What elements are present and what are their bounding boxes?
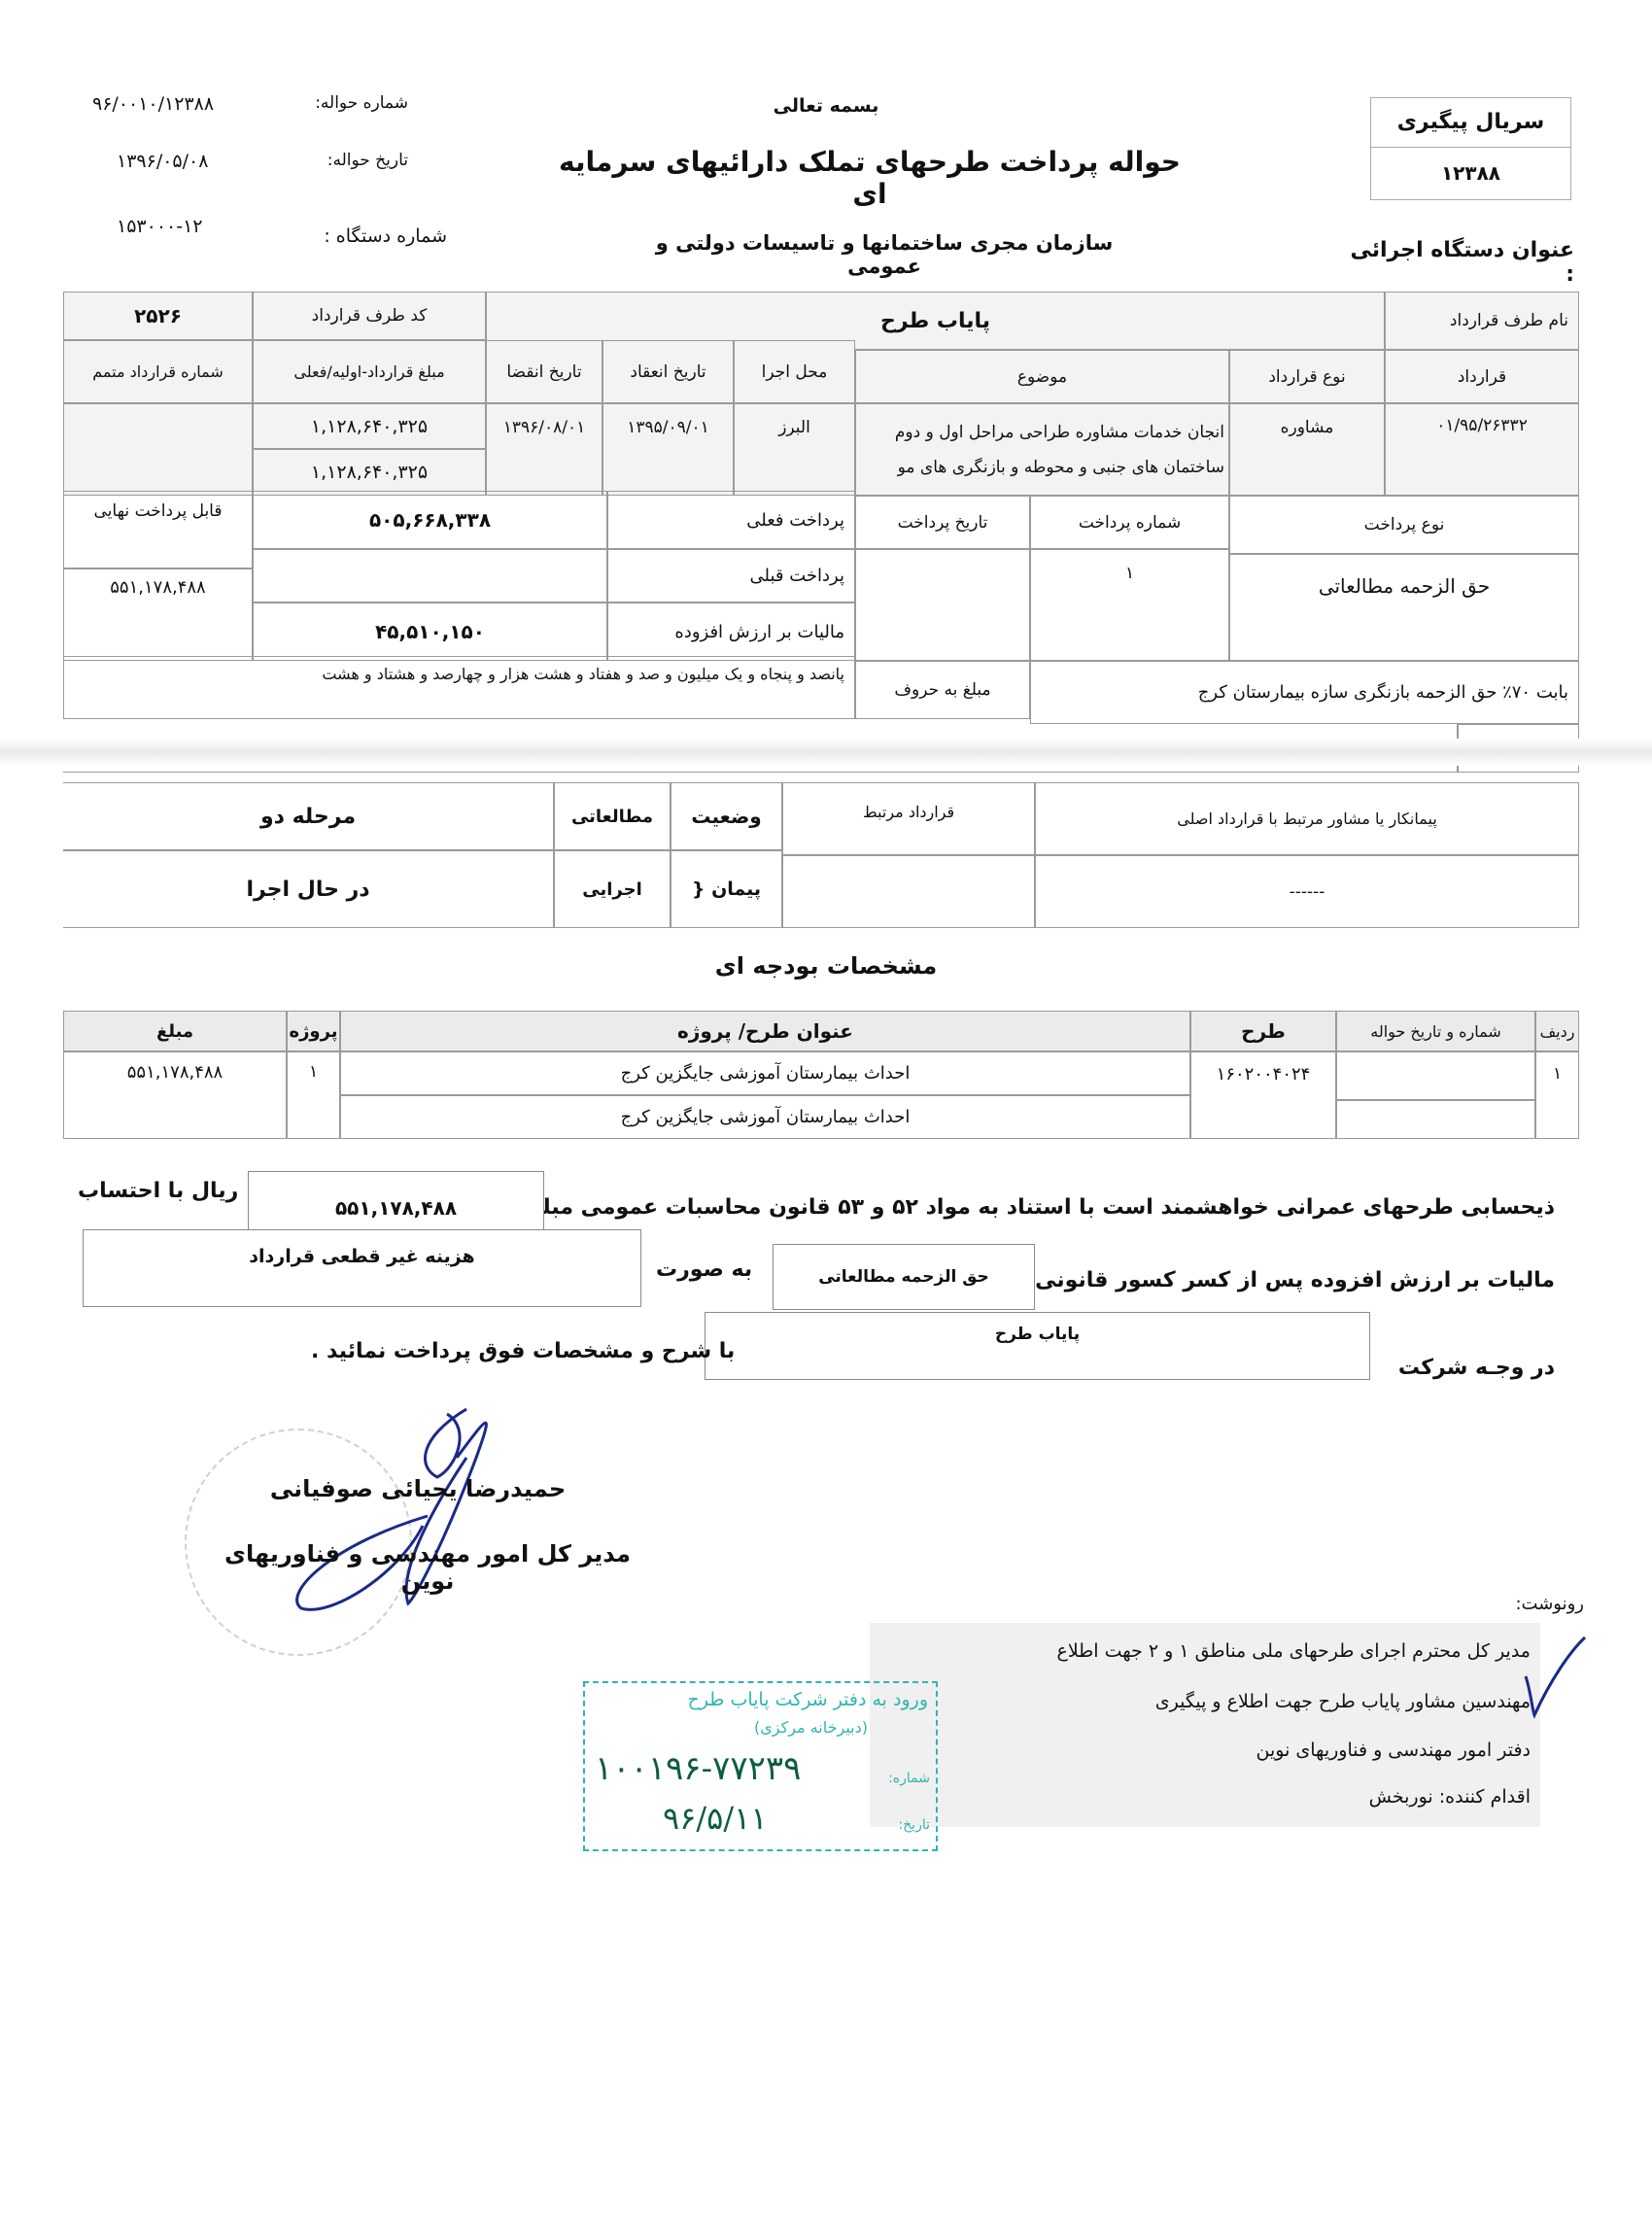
order-date-value: ۱۳۹۶/۰۵/۰۸	[117, 151, 262, 172]
signatory-name: حمیدرضا یحیائی صوفیانی	[262, 1475, 573, 1502]
budget-row-1-plan: ۱۶۰۲۰۰۴۰۲۴	[1190, 1051, 1336, 1139]
previous-payment-value	[253, 549, 607, 603]
budget-row-2-title: احداث بیمارستان آموزشی جایگزین کرج	[340, 1095, 1190, 1139]
tracking-serial-label: سریال پیگیری	[1371, 98, 1570, 148]
status-label: وضعیت	[671, 782, 782, 850]
tracking-serial-box: سریال پیگیری ۱۲۳۸۸	[1370, 97, 1571, 200]
incoming-stamp: ورود به دفتر شرکت پایاب طرح (دبیرخانه مر…	[583, 1681, 938, 1851]
order-date-label: تاریخ حواله:	[292, 151, 408, 170]
agency-number-label: شماره دستگاه :	[292, 225, 447, 247]
final-payable-value: ۵۵۱,۱۷۸,۴۸۸	[63, 568, 253, 661]
col-type: نوع قرارداد	[1229, 350, 1385, 403]
contract-type: مشاوره	[1229, 403, 1385, 496]
subject-line-1: انجان خدمات مشاوره طراحی مراحل اول و دوم	[895, 415, 1224, 450]
payment-date-value	[855, 549, 1030, 661]
col-subject: موضوع	[855, 350, 1229, 403]
cc-list: مدیر کل محترم اجرای طرحهای ملی مناطق ۱ و…	[870, 1623, 1540, 1827]
col-end-date: تاریخ انقضا	[486, 340, 602, 403]
signatory-role: مدیر کل امور مهندسی و فناوریهای نوین	[194, 1540, 661, 1595]
request-cost-box: هزینه غیر قطعی قرارداد	[83, 1229, 641, 1307]
budget-row-2-order	[1336, 1100, 1535, 1139]
request-line-2: مالیات بر ارزش افزوده پس از کسر کسور قان…	[981, 1268, 1555, 1292]
cc-item-1: مدیر کل محترم اجرای طرحهای ملی مناطق ۱ و…	[1057, 1640, 1532, 1662]
exec-label: اجرایی	[554, 850, 671, 928]
amount-words-value: پانصد و پنجاه و یک میلیون و صد و هفتاد و…	[63, 656, 855, 719]
stamp-number-value: ۱۰۰۱۹۶-۷۷۲۳۹	[595, 1749, 801, 1788]
budget-col-amount: مبلغ	[63, 1011, 287, 1051]
cc-item-3: دفتر امور مهندسی و فناوریهای نوین	[1256, 1740, 1532, 1761]
supplement-no	[63, 403, 253, 496]
budget-row-1-index: ۱	[1535, 1051, 1579, 1139]
request-line-3: در وجـه شرکت	[1398, 1356, 1555, 1380]
stamp-number-label: شماره:	[888, 1771, 930, 1786]
col-contract: قرارداد	[1385, 350, 1579, 403]
stage-value: مرحله دو	[63, 782, 554, 850]
final-payable-label: قابل پرداخت نهایی	[63, 491, 253, 568]
payment-type-label: نوع پرداخت	[1229, 496, 1579, 554]
budget-col-title: عنوان طرح/ پروژه	[340, 1011, 1190, 1051]
study-label: مطالعاتی	[554, 782, 671, 850]
contract-no: ۰۱/۹۵/۲۶۳۳۲	[1385, 403, 1579, 496]
payment-type-value: حق الزحمه مطالعاتی	[1229, 554, 1579, 661]
stamp-date-label: تاریخ:	[898, 1817, 930, 1833]
progress-value: در حال اجرا	[63, 850, 554, 928]
request-line-2-as: به صورت	[656, 1257, 752, 1282]
request-company-box: پایاب طرح	[705, 1312, 1370, 1380]
col-start-date: تاریخ انعقاد	[602, 340, 734, 403]
amount-words-label: مبلغ به حروف	[855, 661, 1030, 719]
request-line-1: ذیحسابی طرحهای عمرانی خواهشمند است با اس…	[528, 1195, 1555, 1220]
budget-col-project: پروژه	[287, 1011, 340, 1051]
cc-item-2: مهندسین مشاور پایاب طرح جهت اطلاع و پیگی…	[1155, 1691, 1531, 1712]
related-party-label: پیمانکار یا مشاور مرتبط با قرارداد اصلی	[1035, 782, 1579, 855]
current-payment-label: پرداخت فعلی	[607, 491, 855, 549]
subject-line-2: ساختمان های جنبی و محوطه و بازنگری های م…	[898, 450, 1224, 485]
stamp-line-2: (دبیرخانه مرکزی)	[754, 1718, 868, 1737]
contract-start-date: ۱۳۹۵/۰۹/۰۱	[602, 403, 734, 496]
related-party-value: ------	[1035, 855, 1579, 928]
stamp-line-1: ورود به دفتر شرکت پایاب طرح	[688, 1689, 928, 1710]
checkmark-icon	[1521, 1633, 1589, 1720]
payment-number-value: ۱	[1030, 549, 1229, 661]
contract-location: البرز	[734, 403, 855, 496]
budget-title: مشخصات بودجه ای	[632, 952, 1020, 980]
party-code-value: ۲۵۲۶	[63, 292, 253, 340]
paper-fold	[0, 739, 1652, 766]
budget-col-row: ردیف	[1535, 1011, 1579, 1051]
budget-col-order: شماره و تاریخ حواله	[1336, 1011, 1535, 1051]
contract-word: پیمان {	[671, 850, 782, 928]
cc-item-4: اقدام کننده: نوربخش	[1369, 1786, 1531, 1808]
contract-amount-initial: ۱,۱۲۸,۶۴۰,۳۲۵	[253, 403, 486, 449]
party-code-label: کد طرف قرارداد	[253, 292, 486, 340]
executive-agency-value: سازمان مجری ساختمانها و تاسیسات دولتی و …	[632, 231, 1137, 278]
contract-amount-current: ۱,۱۲۸,۶۴۰,۳۲۵	[253, 449, 486, 496]
related-contract-value	[782, 855, 1035, 928]
budget-row-1-title: احداث بیمارستان آموزشی جایگزین کرج	[340, 1051, 1190, 1095]
vat-label: مالیات بر ارزش افزوده	[607, 603, 855, 661]
agency-number-value: ۱۵۳۰۰۰-۱۲	[117, 216, 262, 237]
related-contract-label: قرارداد مرتبط	[782, 782, 1035, 855]
col-amount: مبلغ قرارداد-اولیه/فعلی	[253, 340, 486, 403]
current-payment-value: ۵۰۵,۶۶۸,۳۳۸	[253, 491, 607, 549]
stamp-date-value: ۹۶/۵/۱۱	[663, 1800, 768, 1837]
budget-row-1-project: ۱	[287, 1051, 340, 1139]
vat-value: ۴۵,۵۱۰,۱۵۰	[253, 603, 607, 661]
col-supplement: شماره قرارداد متمم	[63, 340, 253, 403]
executive-agency-label: عنوان دستگاه اجرائی :	[1341, 238, 1574, 287]
col-location: محل اجرا	[734, 340, 855, 403]
request-reason-box: حق الزحمه مطالعاتی	[773, 1244, 1035, 1310]
cc-label: رونوشت:	[1515, 1594, 1584, 1614]
payment-number-label: شماره پرداخت	[1030, 496, 1229, 549]
payment-description: بابت ۷۰٪ حق الزحمه بازنگری سازه بیمارستا…	[1030, 661, 1579, 724]
contract-end-date: ۱۳۹۶/۰۸/۰۱	[486, 403, 602, 496]
request-line-3-suffix: با شرح و مشخصات فوق پرداخت نمائید .	[311, 1339, 735, 1363]
budget-row-1-amount: ۵۵۱,۱۷۸,۴۸۸	[63, 1051, 287, 1139]
contract-subject: انجان خدمات مشاوره طراحی مراحل اول و دوم…	[855, 403, 1229, 496]
budget-col-plan: طرح	[1190, 1011, 1336, 1051]
page-title: حواله پرداخت طرحهای تملک دارائیهای سرمای…	[554, 146, 1186, 210]
previous-payment-label: پرداخت قبلی	[607, 549, 855, 603]
invocation: بسمه تعالی	[768, 95, 884, 117]
request-line-1-suffix: ریال با احتساب	[78, 1179, 238, 1203]
payment-date-label: تاریخ پرداخت	[855, 496, 1030, 549]
party-name-label: نام طرف قرارداد	[1385, 292, 1579, 350]
tracking-serial-value: ۱۲۳۸۸	[1371, 148, 1570, 198]
budget-row-1-order	[1336, 1051, 1535, 1100]
order-number-label: شماره حواله:	[292, 93, 408, 113]
order-number-value: ۹۶/۰۰۱۰/۱۲۳۸۸	[92, 93, 267, 115]
